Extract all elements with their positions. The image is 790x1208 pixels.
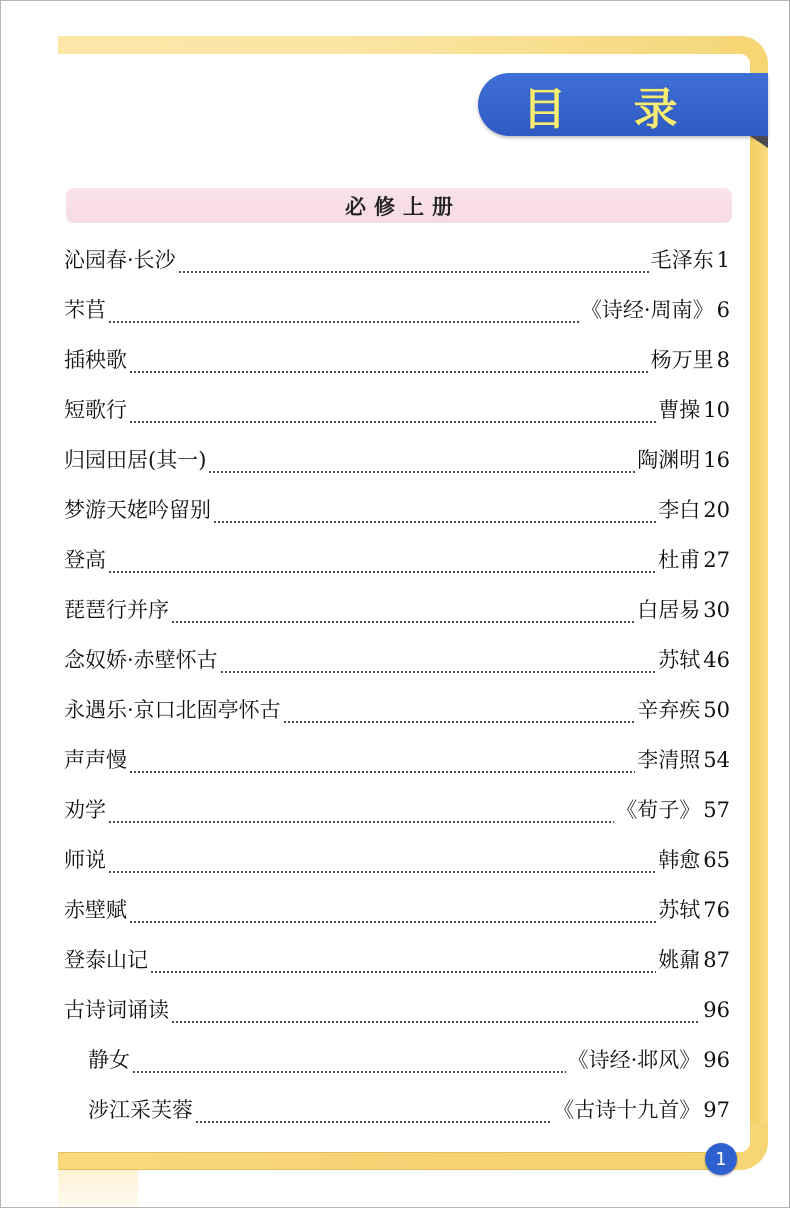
toc-entry-title: 劝学 <box>64 793 106 827</box>
toc-entry-author: 《诗经·邶风》 <box>568 1043 701 1077</box>
dot-leader <box>220 670 657 674</box>
toc-entry-page: 50 <box>703 693 730 727</box>
toc-entry[interactable]: 声声慢 李清照 54 <box>64 743 730 793</box>
toc-entry[interactable]: 归园田居(其一) 陶渊明 16 <box>64 443 730 493</box>
toc-entry-page: 1 <box>717 243 730 277</box>
toc-entry-author: 苏轼 <box>658 893 700 927</box>
toc-entry-author: 姚鼐 <box>658 943 700 977</box>
toc-entry-page: 30 <box>703 593 730 627</box>
toc-entry[interactable]: 梦游天姥吟留别 李白 20 <box>64 493 730 543</box>
toc-entry[interactable]: 登泰山记 姚鼐 87 <box>64 943 730 993</box>
toc-entry-title: 念奴娇·赤壁怀古 <box>64 643 218 677</box>
dot-leader <box>195 1120 551 1124</box>
toc-entry-page: 76 <box>703 893 730 927</box>
toc-subentry[interactable]: 涉江采芙蓉 《古诗十九首》 97 <box>64 1093 730 1143</box>
toc-entry-author: 《古诗十九首》 <box>553 1093 700 1127</box>
toc-entry-title: 涉江采芙蓉 <box>88 1093 193 1127</box>
toc-entry[interactable]: 琵琶行并序 白居易 30 <box>64 593 730 643</box>
toc-entry-page: 27 <box>703 543 730 577</box>
toc-entry-title: 登高 <box>64 543 106 577</box>
toc-entry-author: 《荀子》 <box>616 793 700 827</box>
toc-entry-page: 96 <box>703 1043 730 1077</box>
toc-entry[interactable]: 劝学 《荀子》 57 <box>64 793 730 843</box>
toc-entry-page: 8 <box>717 343 730 377</box>
toc-entry-title: 插秧歌 <box>64 343 127 377</box>
toc-entry-title: 赤壁赋 <box>64 893 127 927</box>
table-of-contents: 沁园春·长沙 毛泽东 1 芣苢 《诗经·周南》 6 插秧歌 杨万里 8 短歌行 … <box>64 243 730 1143</box>
toc-entry[interactable]: 师说 韩愈 65 <box>64 843 730 893</box>
dot-leader <box>208 470 635 474</box>
dot-leader <box>178 270 649 274</box>
toc-subentry[interactable]: 静女 《诗经·邶风》 96 <box>64 1043 730 1093</box>
toc-entry[interactable]: 短歌行 曹操 10 <box>64 393 730 443</box>
dot-leader <box>108 870 656 874</box>
toc-entry-author: 陶渊明 <box>637 443 700 477</box>
toc-entry-page: 20 <box>703 493 730 527</box>
toc-entry[interactable]: 芣苢 《诗经·周南》 6 <box>64 293 730 343</box>
toc-entry-author: 辛弃疾 <box>637 693 700 727</box>
dot-leader <box>171 620 635 624</box>
toc-entry[interactable]: 沁园春·长沙 毛泽东 1 <box>64 243 730 293</box>
dot-leader <box>132 1070 566 1074</box>
dot-leader <box>150 970 656 974</box>
toc-entry-author: 李清照 <box>637 743 700 777</box>
banner-fold-shadow <box>750 136 768 148</box>
toc-entry-page: 57 <box>703 793 730 827</box>
toc-entry-author: 《诗经·周南》 <box>581 293 714 327</box>
toc-entry-author: 曹操 <box>658 393 700 427</box>
toc-entry-author: 苏轼 <box>658 643 700 677</box>
toc-entry-title: 古诗词诵读 <box>64 993 169 1027</box>
toc-entry-title: 梦游天姥吟留别 <box>64 493 211 527</box>
frame-right-bar <box>750 80 768 1140</box>
frame-bottom-fade <box>58 1170 138 1207</box>
dot-leader <box>108 320 579 324</box>
toc-entry-title: 短歌行 <box>64 393 127 427</box>
toc-entry-title: 沁园春·长沙 <box>64 243 176 277</box>
dot-leader <box>171 1020 698 1024</box>
toc-entry[interactable]: 念奴娇·赤壁怀古 苏轼 46 <box>64 643 730 693</box>
toc-entry-title: 琵琶行并序 <box>64 593 169 627</box>
toc-entry-page: 46 <box>703 643 730 677</box>
toc-entry[interactable]: 赤壁赋 苏轼 76 <box>64 893 730 943</box>
section-title: 必修上册 <box>345 191 461 221</box>
toc-entry-title: 声声慢 <box>64 743 127 777</box>
toc-entry[interactable]: 永遇乐·京口北固亭怀古 辛弃疾 50 <box>64 693 730 743</box>
page-number-badge: 1 <box>705 1143 737 1175</box>
dot-leader <box>213 520 656 524</box>
toc-entry-page: 16 <box>703 443 730 477</box>
frame-top-bar <box>58 36 738 54</box>
dot-leader <box>129 770 635 774</box>
toc-entry-author: 毛泽东 <box>651 243 714 277</box>
toc-entry-page: 96 <box>703 993 730 1027</box>
toc-entry-page: 65 <box>703 843 730 877</box>
toc-entry-author: 白居易 <box>637 593 700 627</box>
frame-bottom-bar <box>58 1152 724 1170</box>
page-title: 目 录 <box>522 73 703 137</box>
toc-entry-title: 静女 <box>88 1043 130 1077</box>
toc-entry[interactable]: 登高 杜甫 27 <box>64 543 730 593</box>
toc-entry-title: 永遇乐·京口北固亭怀古 <box>64 693 281 727</box>
toc-entry-page: 54 <box>703 743 730 777</box>
toc-entry-author: 韩愈 <box>658 843 700 877</box>
toc-entry-author: 杨万里 <box>651 343 714 377</box>
title-banner: 目 录 <box>478 73 768 136</box>
dot-leader <box>129 420 656 424</box>
toc-entry[interactable]: 古诗词诵读 96 <box>64 993 730 1043</box>
toc-entry-page: 87 <box>703 943 730 977</box>
dot-leader <box>129 920 656 924</box>
toc-entry-author: 杜甫 <box>658 543 700 577</box>
dot-leader <box>108 820 614 824</box>
toc-entry-page: 10 <box>703 393 730 427</box>
dot-leader <box>108 570 656 574</box>
toc-entry-author: 李白 <box>658 493 700 527</box>
toc-entry-title: 登泰山记 <box>64 943 148 977</box>
toc-entry-page: 97 <box>703 1093 730 1127</box>
toc-entry-title: 芣苢 <box>64 293 106 327</box>
dot-leader <box>283 720 636 724</box>
toc-entry-title: 归园田居(其一) <box>64 443 206 477</box>
dot-leader <box>129 370 649 374</box>
section-header: 必修上册 <box>66 188 732 223</box>
toc-entry[interactable]: 插秧歌 杨万里 8 <box>64 343 730 393</box>
toc-entry-title: 师说 <box>64 843 106 877</box>
toc-entry-page: 6 <box>717 293 730 327</box>
